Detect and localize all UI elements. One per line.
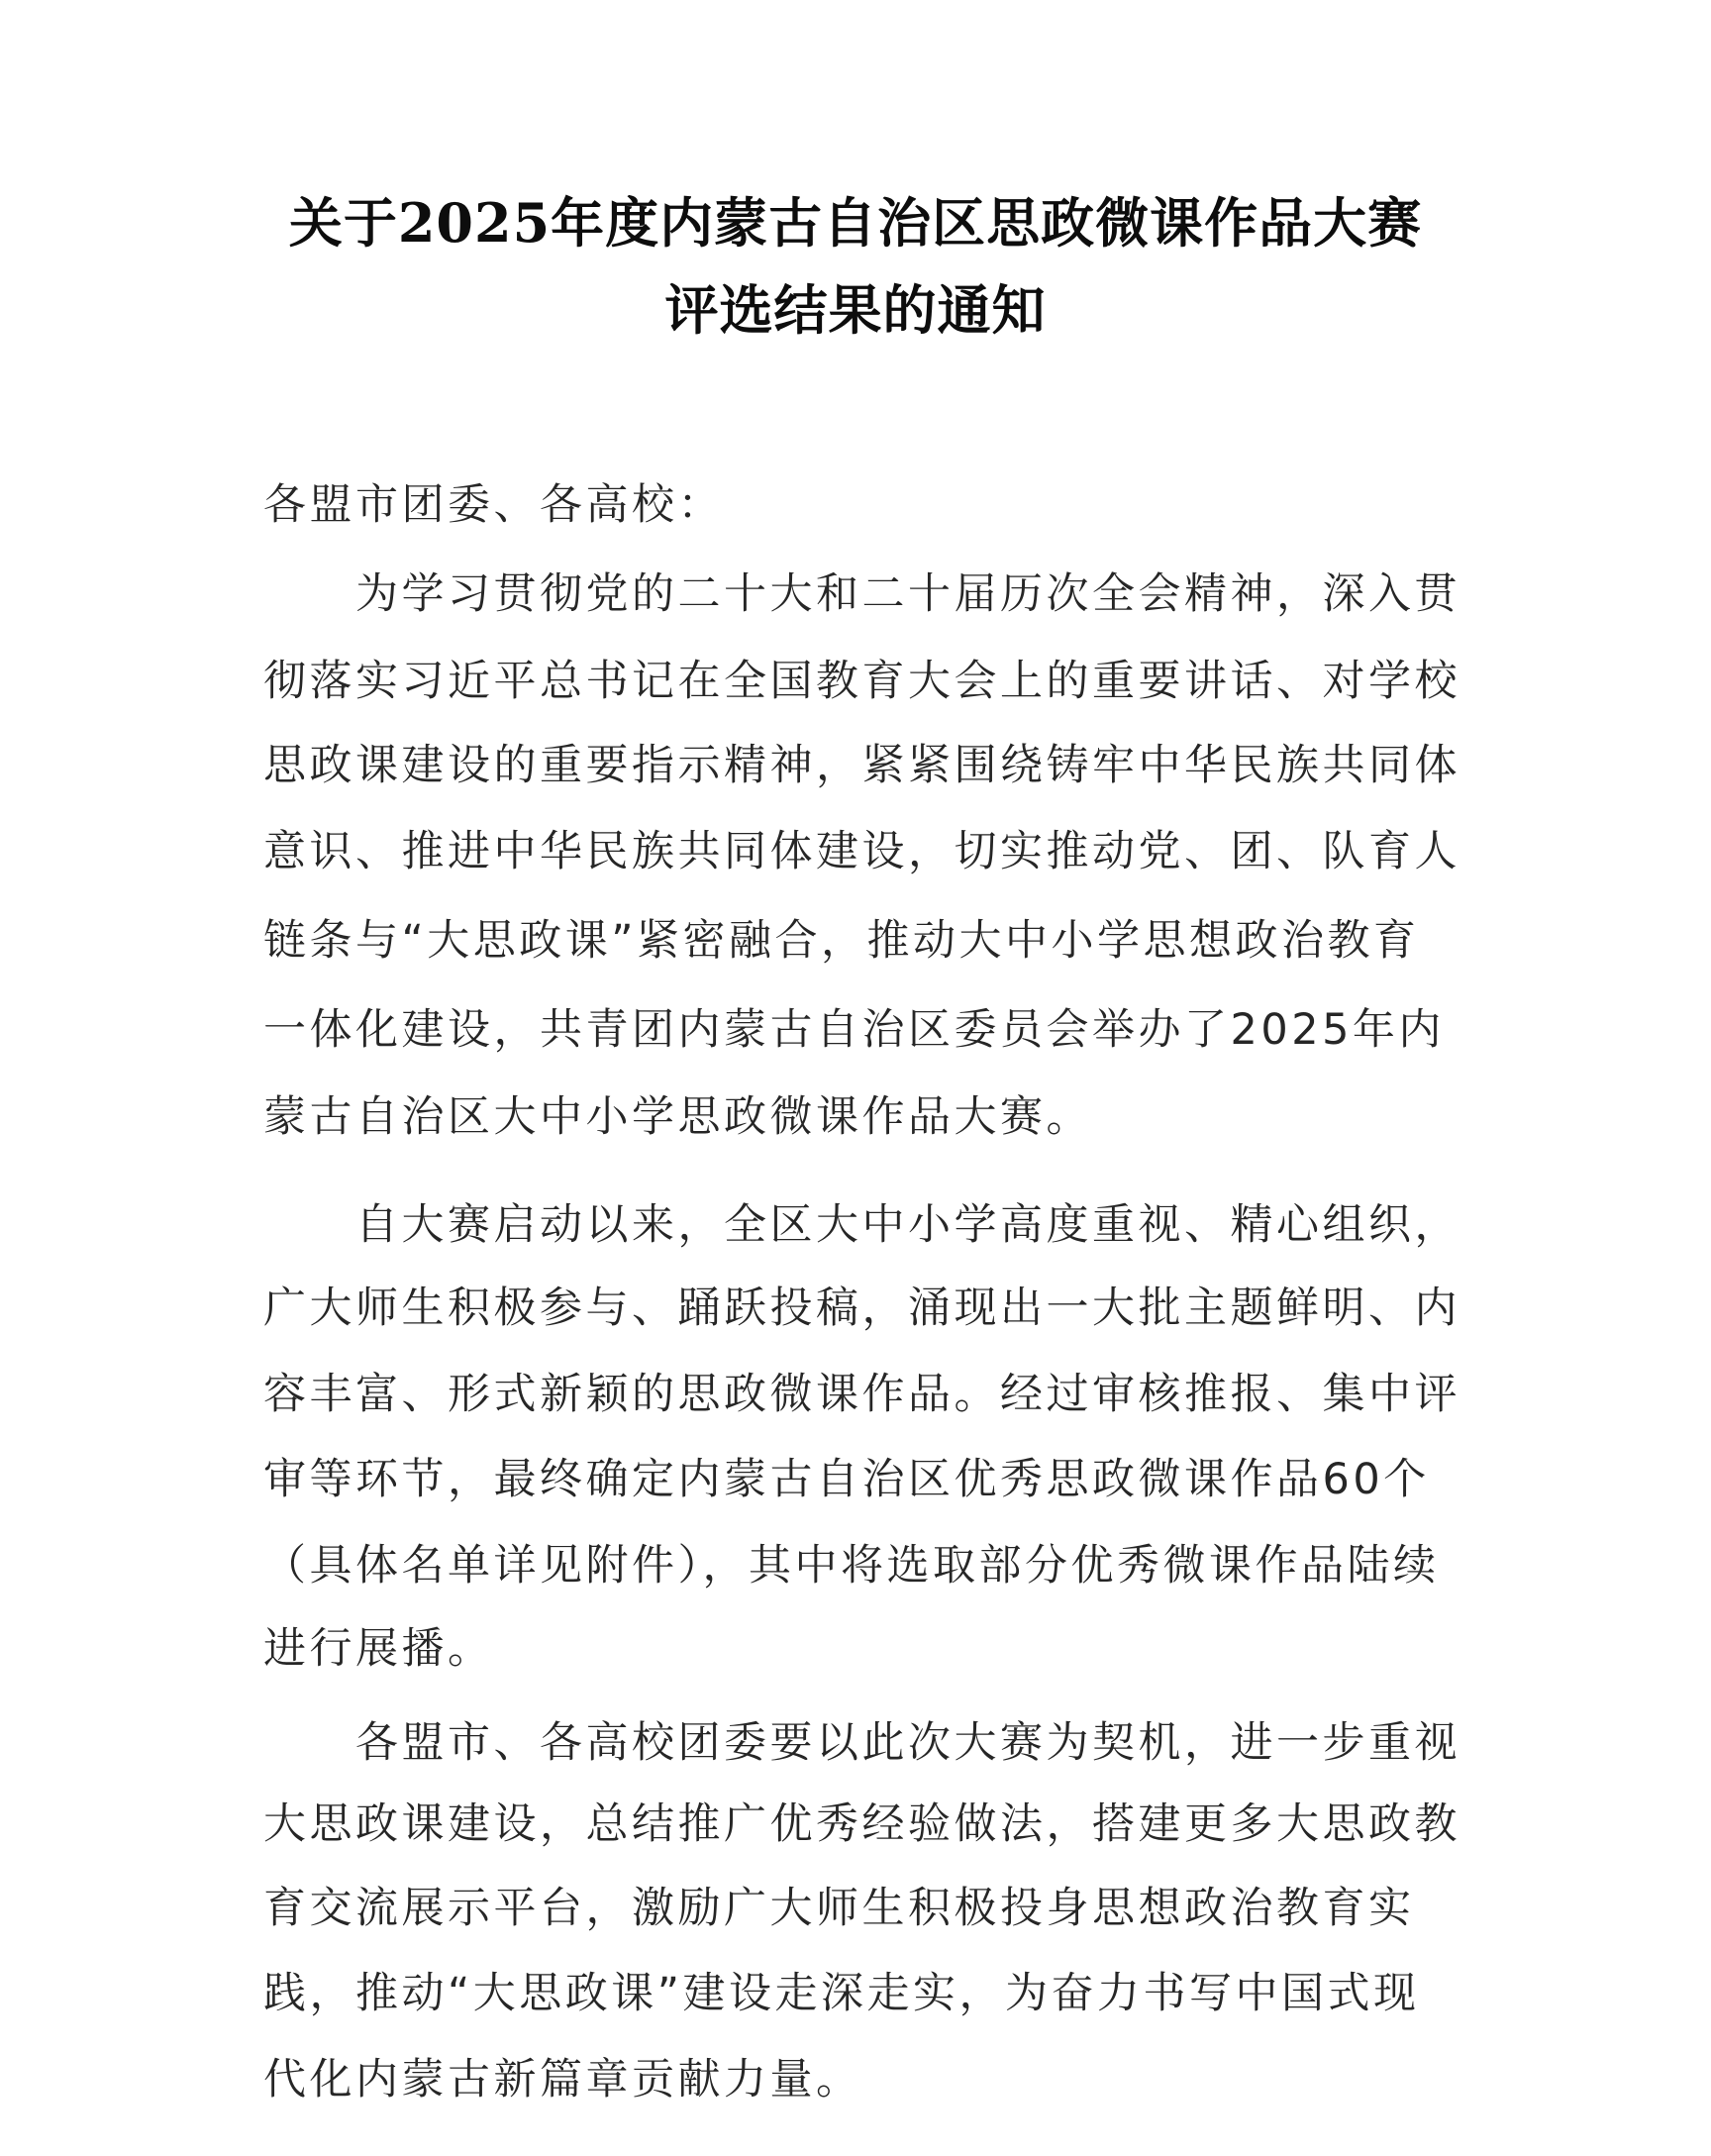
document-title-line-1: 关于2025年度内蒙古自治区思政微课作品大赛 (0, 191, 1711, 255)
paragraph-line: 进行展播。 (263, 1621, 1471, 1677)
paragraph-line: 自大赛启动以来，全区大中小学高度重视、精心组织， (355, 1197, 1563, 1253)
paragraph-line: 一体化建设，共青团内蒙古自治区委员会举办了2025年内 (263, 1002, 1471, 1058)
paragraph-line: 为学习贯彻党的二十大和二十届历次全会精神，深入贯 (355, 566, 1563, 622)
salutation: 各盟市团委、各高校： (263, 477, 1471, 533)
paragraph-line: 链条与“大思政课”紧密融合，推动大中小学思想政治教育 (263, 913, 1471, 969)
paragraph-line: 容丰富、形式新颖的思政微课作品。经过审核推报、集中评 (263, 1367, 1471, 1422)
paragraph-line: 代化内蒙古新篇章贡献力量。 (263, 2052, 1471, 2107)
paragraph-line: 大思政课建设，总结推广优秀经验做法，搭建更多大思政教 (263, 1797, 1471, 1852)
paragraph-line: 育交流展示平台，激励广大师生积极投身思想政治教育实 (263, 1881, 1471, 1936)
paragraph-line: 意识、推进中华民族共同体建设，切实推动党、团、队育人 (263, 824, 1471, 879)
paragraph-line: 践，推动“大思政课”建设走深走实，为奋力书写中国式现 (263, 1966, 1471, 2021)
document-page: 关于2025年度内蒙古自治区思政微课作品大赛 评选结果的通知 各盟市团委、各高校… (0, 0, 1711, 2156)
paragraph-line: 彻落实习近平总书记在全国教育大会上的重要讲话、对学校 (263, 654, 1471, 709)
paragraph-line: 广大师生积极参与、踊跃投稿，涌现出一大批主题鲜明、内 (263, 1281, 1471, 1336)
paragraph-line: 思政课建设的重要指示精神，紧紧围绕铸牢中华民族共同体 (263, 738, 1471, 793)
paragraph-line: 各盟市、各高校团委要以此次大赛为契机，进一步重视 (355, 1715, 1563, 1771)
paragraph-line: （具体名单详见附件），其中将选取部分优秀微课作品陆续 (263, 1538, 1471, 1593)
document-title-line-2: 评选结果的通知 (0, 278, 1711, 342)
paragraph-line: 审等环节，最终确定内蒙古自治区优秀思政微课作品60个 (263, 1452, 1471, 1507)
paragraph-line: 蒙古自治区大中小学思政微课作品大赛。 (263, 1089, 1471, 1145)
